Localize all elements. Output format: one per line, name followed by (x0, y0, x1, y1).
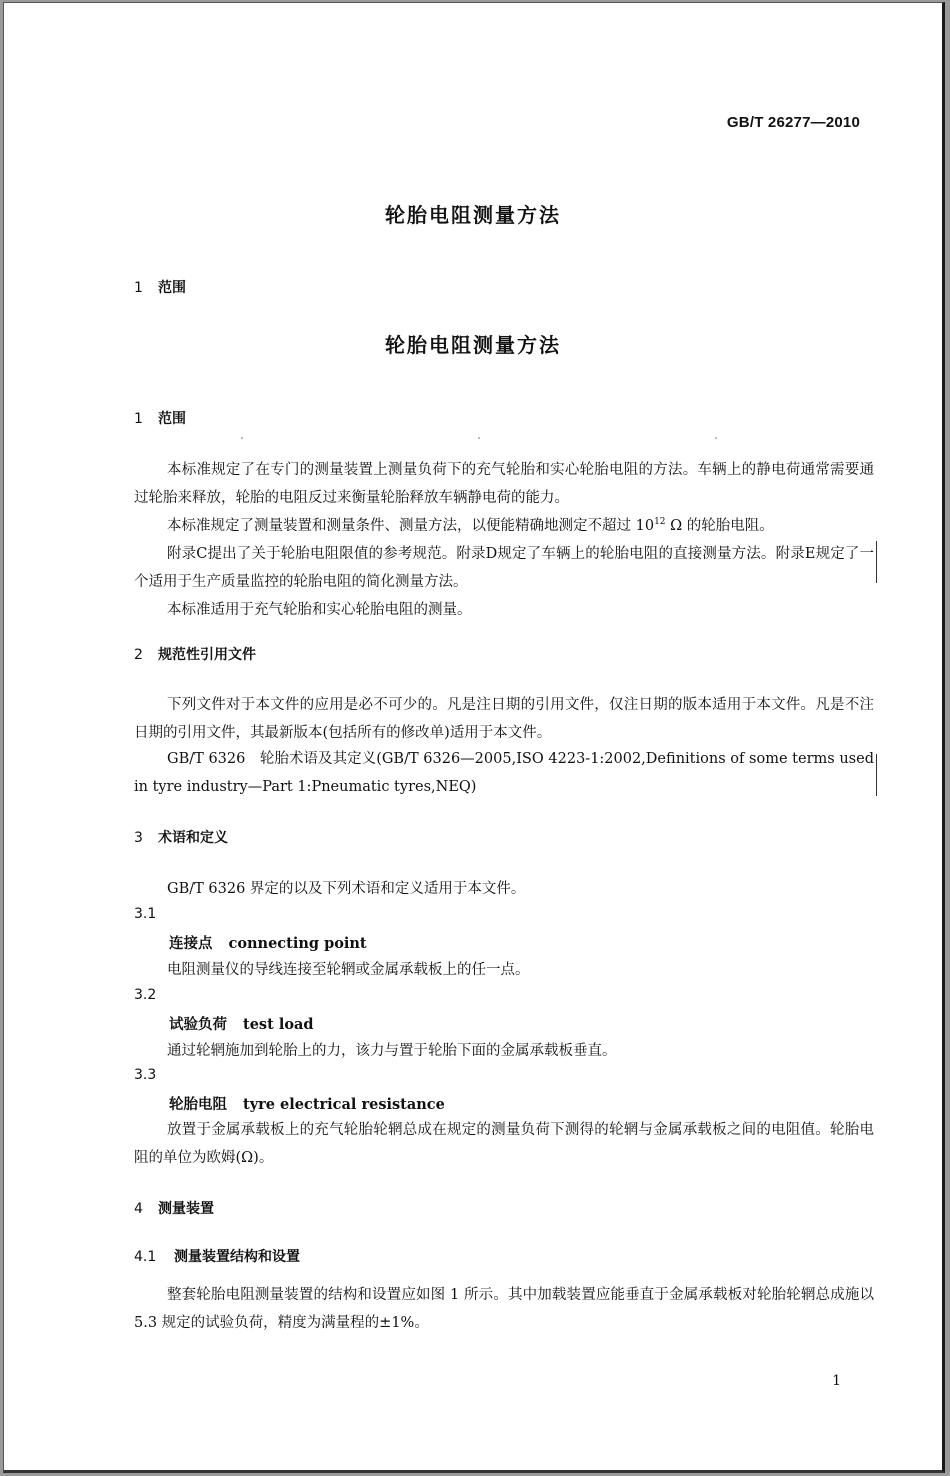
value-exponent: 12 (654, 517, 665, 527)
section-number: 1 (134, 411, 158, 427)
term-number: 3.1 (134, 906, 156, 922)
section-2-heading: 2规范性引用文件 (134, 644, 256, 664)
section-title: 测量装置 (158, 1201, 214, 1217)
scan-speck (715, 437, 717, 439)
term-title: 连接点connecting point (169, 932, 367, 953)
term-zh: 轮胎电阻 (169, 1096, 227, 1113)
page-number: 1 (832, 1373, 841, 1389)
paragraph: 本标准适用于充气轮胎和实心轮胎电阻的测量。 (134, 596, 874, 624)
section-number: 4 (134, 1201, 158, 1217)
term-definition: 通过轮辋施加到轮胎上的力，该力与置于轮胎下面的金属承载板垂直。 (134, 1037, 874, 1065)
paragraph: 整套轮胎电阻测量装置的结构和设置应如图 1 所示。其中加载装置应能垂直于金属承载… (134, 1281, 874, 1337)
term-zh: 连接点 (169, 935, 213, 952)
scan-speck (478, 437, 480, 439)
term-number: 3.2 (134, 987, 156, 1003)
subsection-number: 4.1 (134, 1249, 174, 1265)
section-number: 2 (134, 647, 158, 663)
paragraph: GB/T 6326 界定的以及下列术语和定义适用于本文件。 (134, 875, 874, 903)
document-page: GB/T 26277—2010 轮胎电阻测量方法 1范围 轮胎电阻测量方法 1范… (3, 2, 945, 1473)
section-title: 范围 (158, 280, 186, 296)
change-bar (876, 541, 877, 583)
document-title: 轮胎电阻测量方法 (4, 199, 942, 228)
section-title: 术语和定义 (158, 830, 228, 846)
term-en: tyre electrical resistance (243, 1096, 445, 1113)
paragraph: 本标准规定了测量装置和测量条件、测量方法，以便能精确地测定不超过 1012 Ω … (134, 512, 874, 540)
paragraph-text: 本标准规定了测量装置和测量条件、测量方法，以便能精确地测定不超过 (167, 518, 631, 534)
section-3-heading: 3术语和定义 (134, 827, 228, 847)
term-definition: 电阻测量仪的导线连接至轮辋或金属承载板上的任一点。 (134, 956, 874, 984)
paragraph: 附录C提出了关于轮胎电阻限值的参考规范。附录D规定了车辆上的轮胎电阻的直接测量方… (134, 540, 874, 596)
scan-speck (241, 437, 243, 439)
section-number: 1 (134, 280, 158, 296)
subsection-title: 测量装置结构和设置 (174, 1249, 300, 1265)
standard-code: GB/T 26277—2010 (727, 114, 860, 131)
term-zh: 试验负荷 (169, 1016, 227, 1033)
duplicate-section-heading: 1范围 (134, 277, 186, 297)
value-unit: Ω 的轮胎电阻。 (666, 518, 774, 534)
paragraph: 本标准规定了在专门的测量装置上测量负荷下的充气轮胎和实心轮胎电阻的方法。车辆上的… (134, 456, 874, 512)
section-title: 规范性引用文件 (158, 647, 256, 663)
term-en: test load (243, 1016, 314, 1033)
term-number: 3.3 (134, 1067, 156, 1083)
term-definition: 放置于金属承载板上的充气轮胎轮辋总成在规定的测量负荷下测得的轮辋与金属承载板之间… (134, 1116, 874, 1172)
term-title: 轮胎电阻tyre electrical resistance (169, 1093, 445, 1114)
normative-reference: GB/T 6326 轮胎术语及其定义(GB/T 6326—2005,ISO 42… (134, 745, 874, 801)
term-title: 试验负荷test load (169, 1013, 314, 1034)
subsection-4-1-heading: 4.1测量装置结构和设置 (134, 1246, 300, 1266)
section-4-heading: 4测量装置 (134, 1198, 214, 1218)
duplicate-document-title: 轮胎电阻测量方法 (4, 329, 942, 358)
section-title: 范围 (158, 411, 186, 427)
section-number: 3 (134, 830, 158, 846)
paragraph: 下列文件对于本文件的应用是必不可少的。凡是注日期的引用文件，仅注日期的版本适用于… (134, 691, 874, 747)
change-bar (876, 754, 877, 796)
section-1-heading: 1范围 (134, 408, 186, 428)
term-en: connecting point (229, 935, 367, 952)
value-base: 10 (636, 518, 654, 534)
